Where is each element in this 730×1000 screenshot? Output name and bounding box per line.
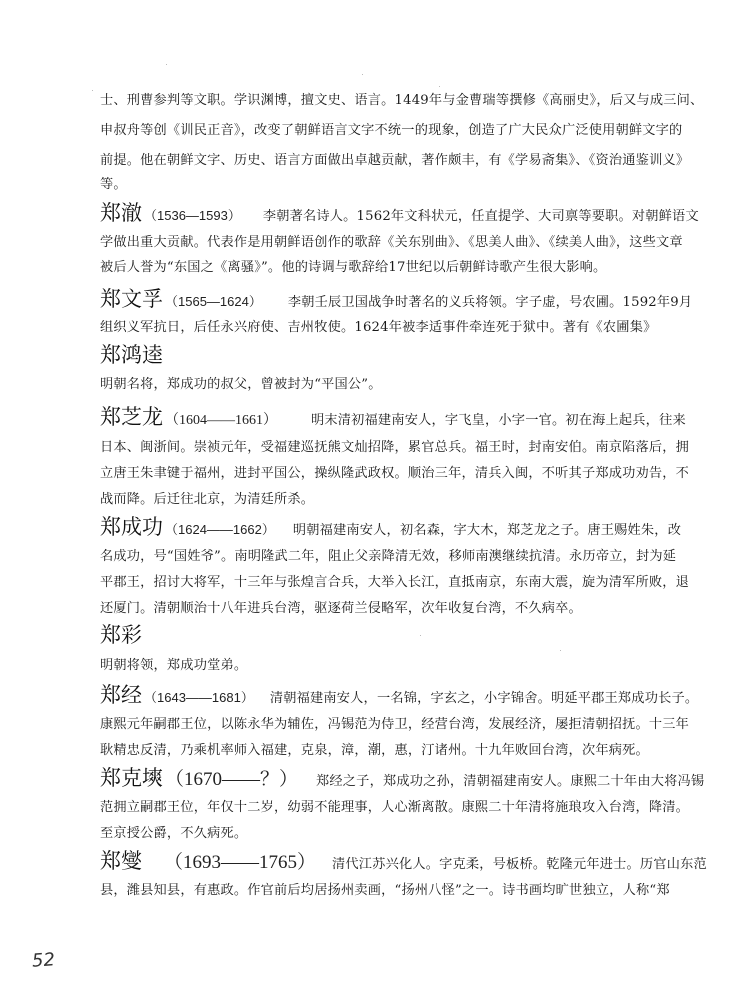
entry-line: 明朝将领，郑成功堂弟。 bbox=[100, 657, 247, 675]
entry-line: 县，潍县知县，有惠政。作官前后均居扬州卖画，“扬州八怪”之一。诗书画均旷世独立，… bbox=[100, 882, 670, 900]
entry-name: 郑澈 bbox=[100, 201, 142, 225]
intro-line: 士、刑曹参判等文职。学识渊博，擅文史、语言。1449年与金曹瑞等撰修《高丽史》，… bbox=[100, 92, 703, 110]
entry-name: 郑经 bbox=[100, 683, 142, 707]
scan-speck bbox=[362, 74, 363, 75]
entry-line: 组织义军抗日，后任永兴府使、吉州牧使。1624年被李适事件牵连死于狱中。著有《农… bbox=[100, 319, 656, 337]
entry-heading: 郑成功（1624——1662）明朝福建南安人，初名森，字大木，郑芝龙之子。唐王赐… bbox=[100, 514, 681, 544]
entry-line: 名成功，号“国姓爷”。南明隆武二年，阻止父亲降清无效，移师南澳继续抗清。永历帝立… bbox=[100, 548, 676, 566]
scan-speck bbox=[92, 90, 93, 91]
scan-speck bbox=[420, 635, 421, 636]
entry-first-line: 李朝壬辰卫国战争时著名的义兵将领。字子虚，号农圃。1592年9月 bbox=[288, 295, 692, 310]
entry-line: 康熙元年嗣郡王位，以陈永华为辅佐，冯锡范为侍卫，经营台湾，发展经济，屡拒清朝招抚… bbox=[100, 716, 689, 734]
entry-name: 郑彩 bbox=[100, 623, 142, 647]
entry-heading: 郑鸿逵 bbox=[100, 342, 163, 370]
entry-dates: （1536—1593） bbox=[144, 208, 241, 223]
page-number: 52 bbox=[31, 949, 55, 972]
entry-heading: 郑芝龙（1604——1661）明末清初福建南安人，字飞皇，小字一官。初在海上起兵… bbox=[100, 404, 686, 434]
entry-first-line: 郑经之子，郑成功之孙，清朝福建南安人。康熙二十年由大将冯锡 bbox=[316, 774, 704, 789]
entry-name: 郑鸿逵 bbox=[100, 343, 163, 367]
intro-line: 等。 bbox=[100, 176, 127, 194]
entry-name: 郑成功 bbox=[100, 515, 163, 539]
entry-heading: 郑燮（1693——1765）清代江苏兴化人。字克柔，号板桥。乾隆元年进士。历官山… bbox=[100, 848, 707, 878]
entry-name: 郑克塽 bbox=[100, 766, 163, 790]
scan-speck bbox=[439, 86, 440, 87]
entry-line: 至京授公爵，不久病死。 bbox=[100, 825, 247, 843]
intro-line: 申叔舟等创《训民正音》，改变了朝鲜语言文字不统一的现象，创造了广大民众广泛使用朝… bbox=[100, 122, 682, 140]
entry-line: 日本、闽浙间。崇祯元年，受福建巡抚熊文灿招降，累官总兵。福王时，封南安伯。南京陷… bbox=[100, 439, 689, 457]
entry-line: 耿精忠反清，乃乘机率师入福建，克泉，漳，潮，惠，汀诸州。十九年败回台湾，次年病死… bbox=[100, 742, 649, 760]
entry-first-line: 清代江苏兴化人。字克柔，号板桥。乾隆元年进士。历官山东范 bbox=[332, 857, 707, 872]
entry-name: 郑文孚 bbox=[100, 287, 163, 311]
scan-speck bbox=[560, 650, 561, 651]
entry-line: 平郡王，招讨大将军，十三年与张煌言合兵，大举入长江，直抵南京，东南大震，旋为清军… bbox=[100, 574, 689, 592]
entry-line: 战而降。后迁往北京，为清廷所杀。 bbox=[100, 491, 314, 509]
entry-first-line: 清朝福建南安人，一名锦，字玄之，小字锦舍。明延平郡王郑成功长子。 bbox=[270, 691, 698, 706]
entry-dates: （1565—1624） bbox=[165, 294, 262, 309]
entry-heading: 郑文孚（1565—1624）李朝壬辰卫国战争时著名的义兵将领。字子虚，号农圃。1… bbox=[100, 286, 692, 316]
entry-line: 还厦门。清朝顺治十八年进兵台湾，驱逐荷兰侵略军，次年收复台湾，不久病卒。 bbox=[100, 600, 582, 618]
entry-line: 范拥立嗣郡王位，年仅十二岁，幼弱不能理事，人心渐离散。康熙二十年清将施琅攻入台湾… bbox=[100, 799, 689, 817]
entry-name: 郑燮 bbox=[100, 849, 142, 873]
entry-heading: 郑克塽（1670——？）郑经之子，郑成功之孙，清朝福建南安人。康熙二十年由大将冯… bbox=[100, 765, 704, 795]
entry-dates: （1624——1662） bbox=[165, 522, 275, 537]
entry-heading: 郑澈（1536—1593）李朝著名诗人。1562年文科状元，任直提学、大司禀等要… bbox=[100, 200, 699, 230]
entry-line: 被后人誉为“东国之《离骚》”。他的诗调与歌辞给17世纪以后朝鲜诗歌产生很大影响。 bbox=[100, 259, 606, 277]
entry-heading: 郑彩 bbox=[100, 622, 142, 650]
entry-dates: （1670——？） bbox=[165, 769, 298, 790]
entry-dates: （1643——1681） bbox=[144, 690, 254, 705]
entry-heading: 郑经（1643——1681）清朝福建南安人，一名锦，字玄之，小字锦舍。明延平郡王… bbox=[100, 682, 698, 712]
entry-first-line: 明末清初福建南安人，字飞皇，小字一官。初在海上起兵，往来 bbox=[311, 413, 686, 428]
scan-speck bbox=[166, 64, 167, 65]
entry-dates: （1604——1661） bbox=[165, 413, 277, 428]
entry-first-line: 李朝著名诗人。1562年文科状元，任直提学、大司禀等要职。对朝鲜语文 bbox=[263, 209, 699, 224]
entry-first-line: 明朝福建南安人，初名森，字大木，郑芝龙之子。唐王赐姓朱，改 bbox=[293, 523, 681, 538]
entry-dates: （1693——1765） bbox=[164, 852, 316, 873]
entry-line: 立唐王朱聿键于福州，进封平国公，操纵隆武政权。顺治三年，清兵入闽，不听其子郑成功… bbox=[100, 465, 689, 483]
intro-line: 前提。他在朝鲜文字、历史、语言方面做出卓越贡献，著作颇丰，有《学易斋集》、《资治… bbox=[100, 152, 689, 170]
document-page: 士、刑曹参判等文职。学识渊博，擅文史、语言。1449年与金曹瑞等撰修《高丽史》，… bbox=[0, 0, 730, 1000]
entry-line: 学做出重大贡献。代表作是用朝鲜语创作的歌辞《关东别曲》、《思美人曲》、《续美人曲… bbox=[100, 234, 683, 252]
entry-line: 明朝名将，郑成功的叔父，曾被封为“平国公”。 bbox=[100, 376, 382, 394]
entry-name: 郑芝龙 bbox=[100, 405, 163, 429]
